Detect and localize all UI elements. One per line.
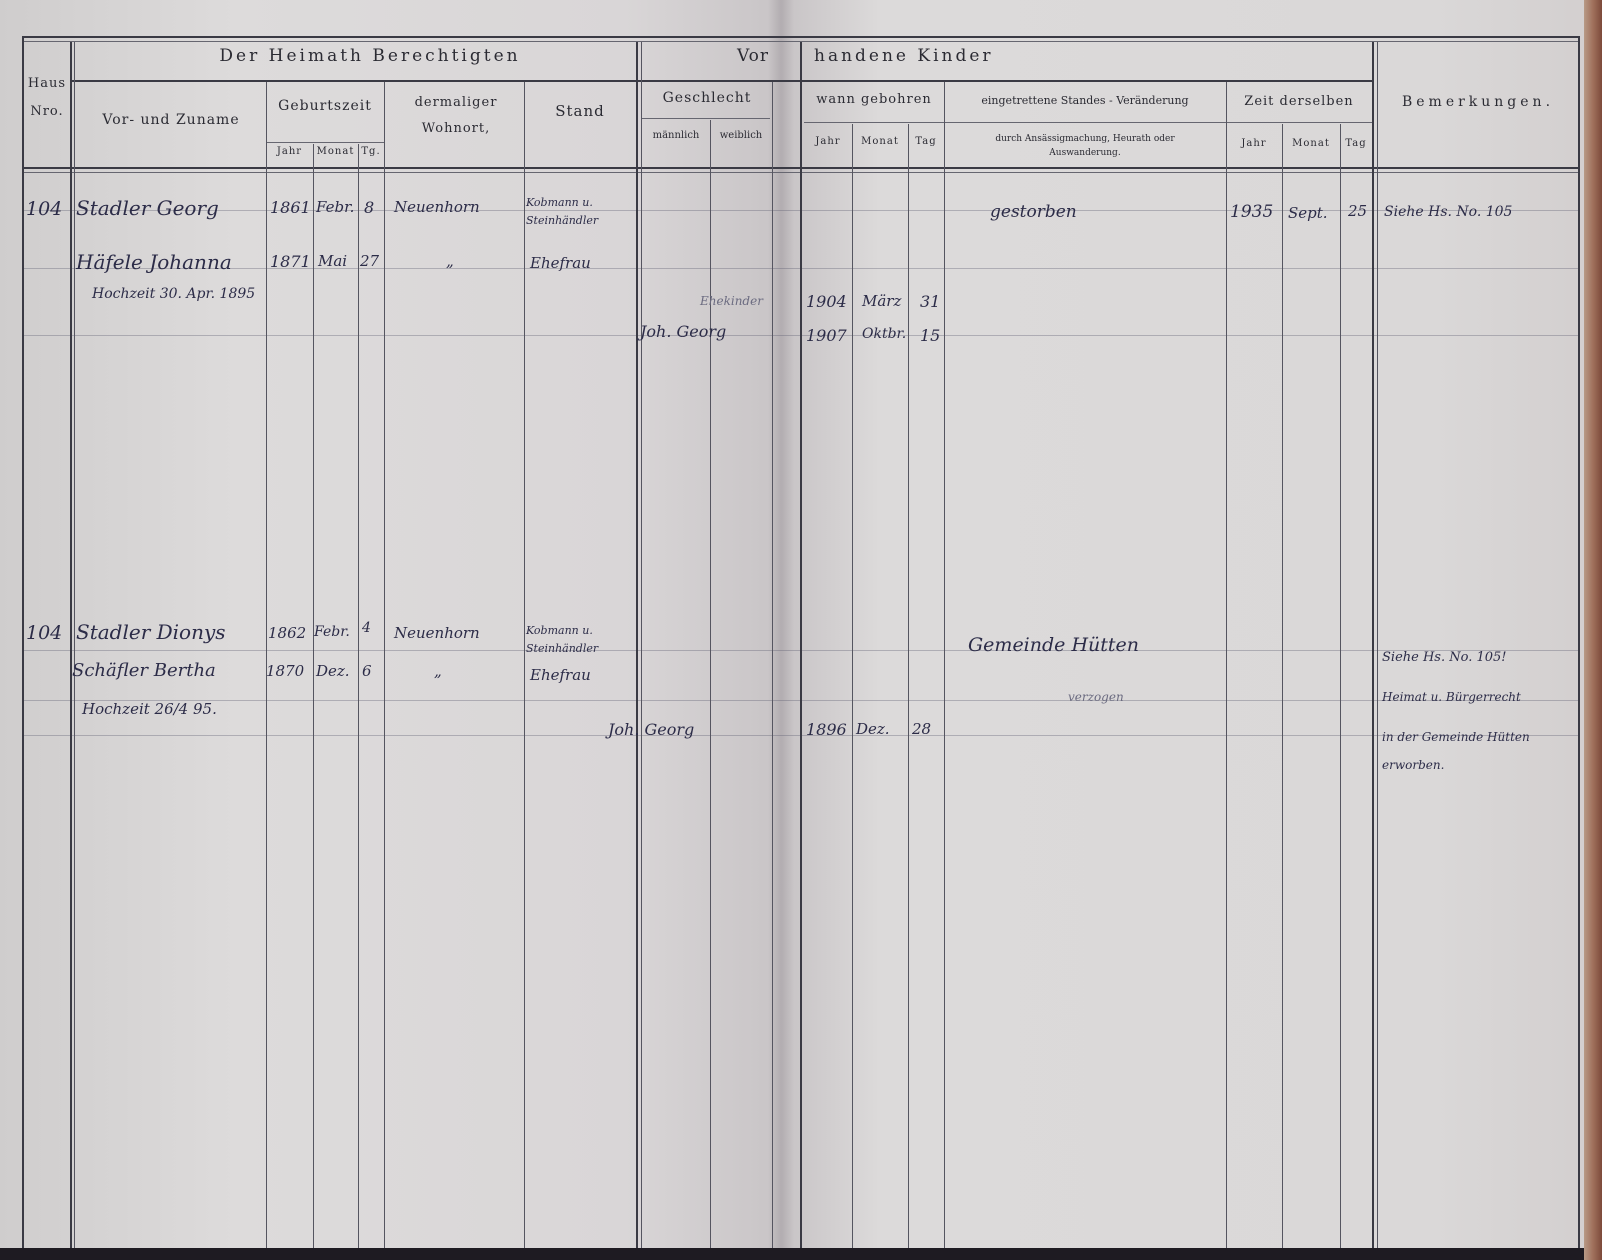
header-geb-jahr: Jahr <box>266 146 313 157</box>
entry1-person2-tag: 27 <box>360 252 379 270</box>
entry1-person1-tag: 8 <box>364 198 374 217</box>
entry1-person2-jahr: 1871 <box>270 252 311 271</box>
header-maennlich: männlich <box>642 130 710 141</box>
entry1-child2-tag: 15 <box>920 326 940 345</box>
entry1-person1-jahr: 1861 <box>270 198 311 217</box>
entry1-person2-name: Häfele Johanna <box>76 250 232 274</box>
entry1-child2-name: Joh. Georg <box>640 322 726 341</box>
entry1-person1-wohnort: Neuenhorn <box>394 198 480 216</box>
entry2-person2-name: Schäfler Bertha <box>72 660 216 681</box>
col-line-weiblich <box>772 82 773 1248</box>
right-page-title: handene Kinder <box>800 46 1014 66</box>
col-line-jahr <box>313 144 314 1248</box>
right-page <box>782 0 1594 1248</box>
entry1-person1-stand: Kobmann u. Steinhändler <box>526 194 646 230</box>
entry1-zeit-monat: Sept. <box>1288 204 1328 222</box>
header-bemerkungen: Bemerkungen. <box>1380 94 1576 110</box>
left-page-title: Der Heimath Berechtigten <box>120 46 620 66</box>
header-veraenderung-sub: durch Ansässigmachung, Heurath oder Ausw… <box>964 132 1206 160</box>
entry2-veraenderung: Gemeinde Hütten <box>968 634 1139 656</box>
header-wohnort: dermaliger Wohnort, <box>396 90 516 142</box>
entry2-bemerkungen: Siehe Hs. No. 105! <box>1382 650 1507 665</box>
col-line-right-start <box>800 42 802 1248</box>
entry2-child1-name: Joh. Georg <box>608 720 694 739</box>
entry2-person1-monat: Febr. <box>314 624 350 640</box>
book-spine <box>1584 0 1602 1260</box>
entry2-bemerkungen-4: erworben. <box>1382 758 1444 772</box>
entry2-child1-monat: Dez. <box>856 720 890 738</box>
header-name: Vor- und Zuname <box>76 112 266 128</box>
header-kind-monat: Monat <box>852 136 908 147</box>
col-line-zeit-tag <box>1372 42 1374 1248</box>
entry2-person2-wohnort: „ <box>434 662 442 680</box>
top-border <box>22 36 1580 38</box>
entry1-veraenderung: gestorben <box>990 202 1077 222</box>
entry1-hochzeit: Hochzeit 30. Apr. 1895 <box>92 286 255 302</box>
entry1-child2-jahr: 1907 <box>806 326 847 345</box>
entry1-person2-stand: Ehefrau <box>530 254 591 272</box>
entry1-zeit-jahr: 1935 <box>1230 202 1273 222</box>
header-veraenderung: eingetrettene Standes - Veränderung <box>944 94 1226 107</box>
col-line-kind-jahr <box>852 124 853 1248</box>
entry2-bemerkungen-3: in der Gemeinde Hütten <box>1382 730 1530 744</box>
col-line-maennlich <box>710 120 711 1248</box>
header-geb-monat: Monat <box>313 146 358 157</box>
header-geb-tag: Tg. <box>358 146 384 157</box>
col-line-zeit-monat <box>1340 124 1341 1248</box>
entry1-child-label: Ehekinder <box>700 294 763 308</box>
entry1-child2-monat: Oktbr. <box>862 326 906 342</box>
entry2-child1-jahr: 1896 <box>806 720 847 739</box>
entry2-haus-nro: 104 <box>26 622 62 644</box>
entry1-person2-wohnort: „ <box>446 252 454 270</box>
header-zeit: Zeit derselben <box>1226 94 1372 109</box>
header-haus-nro: Haus Nro. <box>22 70 72 126</box>
col-line-zeit-jahr <box>1282 124 1283 1248</box>
kinder-sub-divider <box>804 122 1374 123</box>
header-stand: Stand <box>524 102 636 120</box>
entry1-bemerkungen: Siehe Hs. No. 105 <box>1384 204 1512 220</box>
entry1-child1-tag: 31 <box>920 292 940 311</box>
header-geschlecht: Geschlecht <box>642 90 772 106</box>
entry2-person2-jahr: 1870 <box>266 662 304 680</box>
col-line-left-edge <box>22 36 24 1248</box>
entry2-person2-tag: 6 <box>362 662 372 680</box>
header-zeit-jahr: Jahr <box>1226 138 1282 149</box>
entry2-child1-tag: 28 <box>912 720 931 738</box>
entry2-person1-name: Stadler Dionys <box>76 620 226 644</box>
col-line-veraenderung <box>1226 82 1227 1248</box>
header-zeit-tag: Tag <box>1340 138 1372 149</box>
header-weiblich: weiblich <box>710 130 772 141</box>
header-geburtszeit: Geburtszeit <box>266 98 384 114</box>
entry1-child1-monat: März <box>862 292 901 310</box>
header-zeit-monat: Monat <box>1282 138 1340 149</box>
entry2-person2-stand: Ehefrau <box>530 666 591 684</box>
geschlecht-sub-divider <box>642 118 770 119</box>
entry2-hochzeit: Hochzeit 26/4 95. <box>82 700 217 718</box>
col-line-wohnort <box>524 82 525 1248</box>
entry2-person1-stand: Kobmann u. Steinhändler <box>526 622 656 658</box>
header-kind-jahr: Jahr <box>804 136 852 147</box>
header-divider <box>72 80 1372 82</box>
entry1-person1-name: Stadler Georg <box>76 196 219 220</box>
entry1-person2-monat: Mai <box>318 252 347 270</box>
entry2-bemerkungen-2: Heimat u. Bürgerrecht <box>1382 690 1521 704</box>
header-kind-tag: Tag <box>908 136 944 147</box>
entry2-person1-jahr: 1862 <box>268 624 306 642</box>
entry2-person1-tag: 4 <box>362 620 371 636</box>
entry1-zeit-tag: 25 <box>1348 202 1367 220</box>
col-line-right-edge <box>1578 36 1580 1248</box>
col-line-kind-tag <box>944 82 945 1248</box>
col-line-tag <box>384 82 385 1248</box>
entry2-person1-wohnort: Neuenhorn <box>394 624 480 642</box>
entry1-child1-jahr: 1904 <box>806 292 847 311</box>
entry1-person1-monat: Febr. <box>316 198 354 216</box>
col-line-kind-monat <box>908 124 909 1248</box>
entry2-person2-monat: Dez. <box>316 662 350 680</box>
col-line-monat <box>358 144 359 1248</box>
geburtszeit-sub-divider <box>266 142 384 143</box>
entry2-veraenderung-2: verzogen <box>1068 690 1124 704</box>
header-wann-gebohren: wann gebohren <box>804 92 944 107</box>
entry1-haus-nro: 104 <box>26 198 62 220</box>
col-line-haus <box>70 42 72 1248</box>
title-continuation: Vor <box>728 46 778 66</box>
